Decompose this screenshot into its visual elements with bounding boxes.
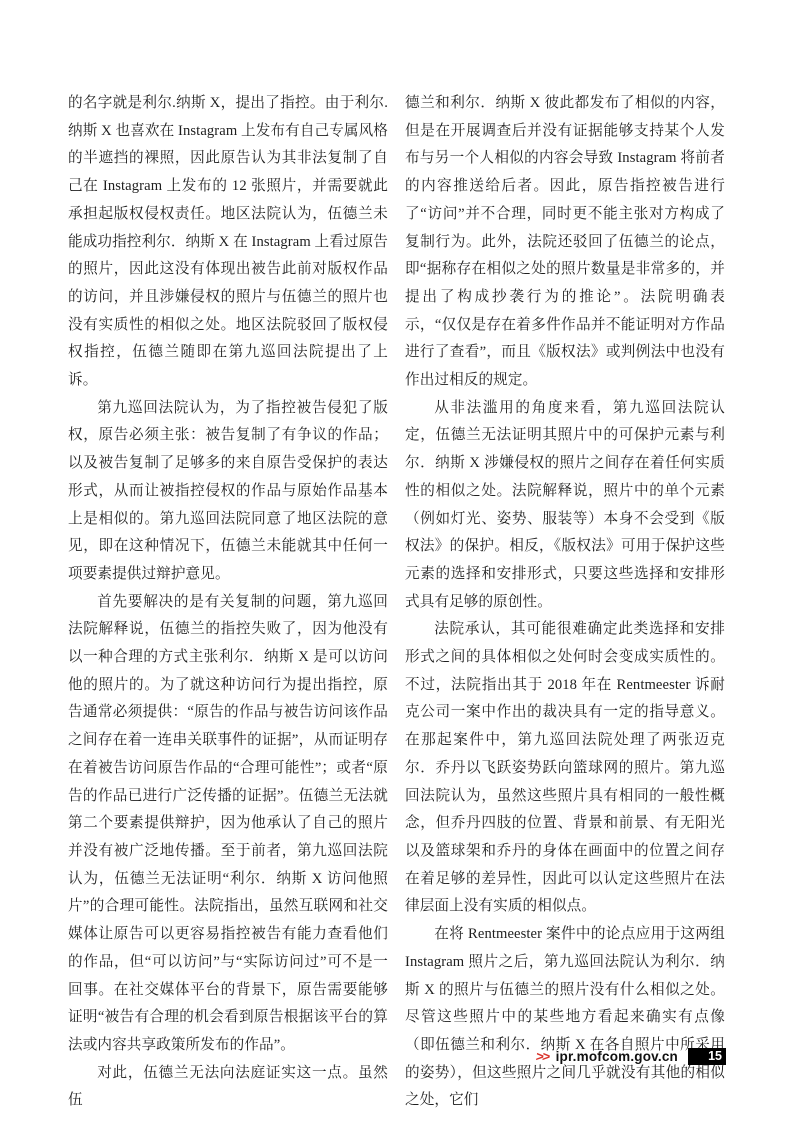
page-number-badge: 15 xyxy=(688,1048,726,1065)
paragraph: 在将 Rentmeester 案件中的论点应用于这两组 Instagram 照片… xyxy=(405,921,725,1115)
paragraph: 对此，伍德兰无法向法庭证实这一点。虽然伍 xyxy=(68,1060,388,1115)
paragraph: 法院承认，其可能很难确定此类选择和安排形式之间的具体相似之处何时会变成实质性的。… xyxy=(405,616,725,921)
site-url: ipr.mofcom.gov.cn xyxy=(556,1049,678,1064)
paragraph: 德兰和利尔．纳斯 X 彼此都发布了相似的内容，但是在开展调查后并没有证据能够支持… xyxy=(405,90,725,395)
text-column-left: 的名字就是利尔.纳斯 X，提出了指控。由于利尔.纳斯 X 也喜欢在 Instag… xyxy=(68,90,388,1115)
double-chevron-icon: >> xyxy=(535,1049,550,1064)
text-column-right: 德兰和利尔．纳斯 X 彼此都发布了相似的内容，但是在开展调查后并没有证据能够支持… xyxy=(405,90,725,1115)
document-page: 的名字就是利尔.纳斯 X，提出了指控。由于利尔.纳斯 X 也喜欢在 Instag… xyxy=(0,0,794,1123)
paragraph: 首先要解决的是有关复制的问题，第九巡回法院解释说，伍德兰的指控失败了，因为他没有… xyxy=(68,589,388,1060)
paragraph: 的名字就是利尔.纳斯 X，提出了指控。由于利尔.纳斯 X 也喜欢在 Instag… xyxy=(68,90,388,395)
page-footer: >> ipr.mofcom.gov.cn 15 xyxy=(536,1047,726,1065)
text-columns: 的名字就是利尔.纳斯 X，提出了指控。由于利尔.纳斯 X 也喜欢在 Instag… xyxy=(68,90,726,1115)
paragraph: 从非法滥用的角度来看，第九巡回法院认定，伍德兰无法证明其照片中的可保护元素与利尔… xyxy=(405,395,725,617)
paragraph: 第九巡回法院认为，为了指控被告侵犯了版权，原告必须主张：被告复制了有争议的作品；… xyxy=(68,395,388,589)
